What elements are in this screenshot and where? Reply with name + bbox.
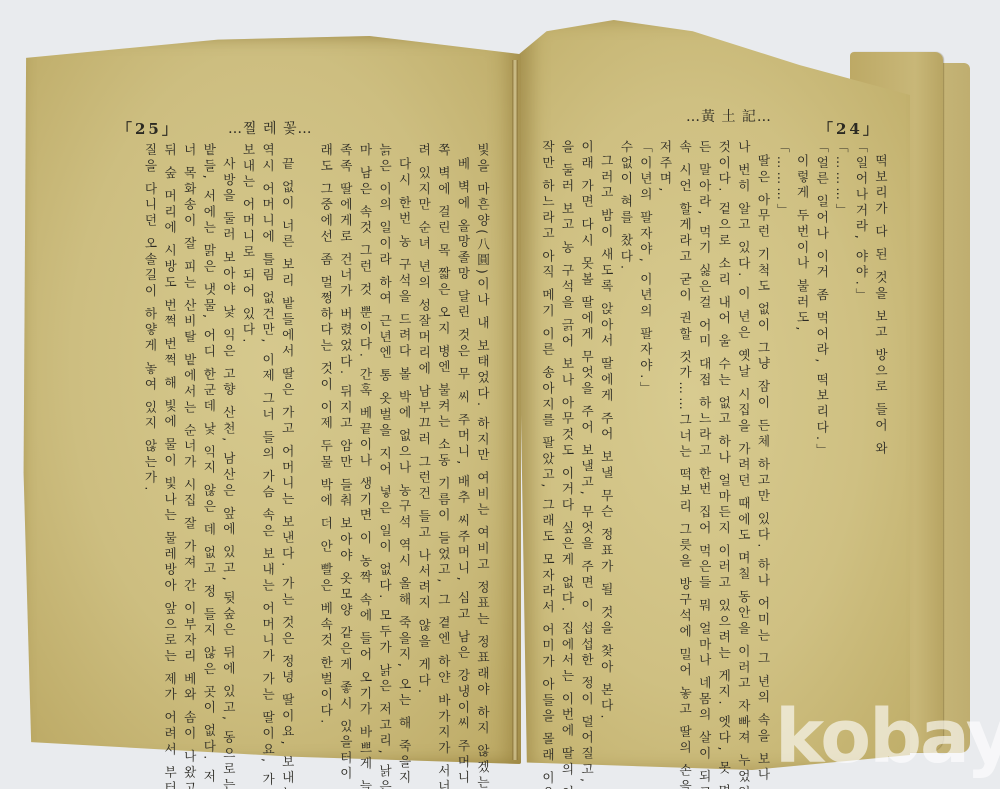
right-page-number: 「24」 [818,118,881,139]
text-column: 든 말아라, 먹기 싫은걸 어미 대접 하느라고 한번 집어 먹은들 뭐 얼마나… [694,140,714,740]
text-column: 「………」 [772,140,792,740]
text-column: 이렇게 두번이나 불러도, [792,140,812,740]
text-column: 역시 어머니에 틀림 없건만, 이제 그너 들의 가슴 속은 보내는 어머니가 … [257,143,277,743]
text-column: 을 둘러 보고 농 구석을 긁어 보나 아무것도 이거다 싶은게 없다. 집에서… [557,140,577,740]
text-column: 속 시언 할게라고 굳이 권할 것가……그너는 떡보리 그릇을 방구석에 밀어 … [674,140,694,740]
text-column: 빛을 마흔양(八圓)이나 내 보태었다. 하지만 여비는 여비고 정표는 정표래… [472,143,492,743]
text-column: 사방을 둘러 보아야 낯 익은 고향 산천, 남산은 앞에 있고, 뒷숲은 뒤에… [218,143,238,743]
text-column: 쪽 벽에 걸린 목 짧은 오지 병엔 불켜는 소동 기름이 들었고, 그 곁엔 … [433,143,453,743]
text-column: 밭들, 서에는 맑은 냇물, 어디 한군데 낯 익지 않은 데 없고 정 들지 … [199,143,219,743]
text-column: 너 목화송이 잘 피는 산비탈 밭에서는 순너가 시집 잘 가져 간 이부자리 … [179,143,199,743]
text-column: 늙은 이의 일이라 하여 근년엔 통 옷벌을 지어 넣은 일이 없다. 모두가 … [374,143,394,743]
text-column: 보내는 어머니로 되어 있다. [238,143,258,743]
text-column: 저주며, [655,140,675,740]
text-column: 뒤 숲 머리에 시방도 번쩍 번쩍 해 빛에 물이 빛나는 물레방아 앞으로는 … [160,143,180,743]
text-column: 수없이 혀를 찼다. [616,140,636,740]
text-column: 이래 가면 다시 못볼 딸에게 무엇을 주어 보낼고, 무엇을 주면 이 섭섭한… [577,140,597,740]
watermark-logo: kobay [775,700,1000,774]
text-column: 「일어나거라, 야야.」 [851,140,871,740]
text-column: 질을 다니던 오솔길이 하얗게 놓여 있지 않는가. [140,143,160,743]
text-column: 그러고 밤이 새도록 앉아서 딸에게 주어 보낼 무슨 정표가 될 것을 찾아 … [596,140,616,740]
text-column: 족족 딸에게로 건너가 버렸었다. 뒤지고 암만 들춰 보아야 옷모양 같은게 … [335,143,355,743]
text-column: 베 벽에 올망졸망 달린 것은 무 씨 주머니, 배추 씨주머니, 심고 남은 … [453,143,473,743]
left-page-text: 빛을 마흔양(八圓)이나 내 보태었다. 하지만 여비는 여비고 정표는 정표래… [140,143,492,743]
text-column: 나 번히 알고 있다. 이 년은 옛날 시집을 가려던 때에도 며칠 동안을 이… [733,140,753,740]
text-column: 딸은 아무런 기척도 없이 그냥 잠이 든체 하고만 있다. 하나 어미는 그 … [753,140,773,740]
text-column: 「이년의 팔자야, 이년의 팔자야.」 [635,140,655,740]
book-photo: 「25」 …찔 레 꽃… …黃 土 記… 「24」 빛을 마흔양(八圓)이나 내… [0,0,1000,789]
text-column: 작만 하느라고 아직 메기 이른 송아지를 팔았고, 그래도 모자라서 어미가 … [537,140,557,740]
book-gutter [512,60,518,760]
blank-column [297,143,316,743]
right-running-title: …黃 土 記… [686,106,772,126]
text-column: 마 남은 속것 그런 것 뿐이다. 간혹 베끝이나 생기면 이 농짝 속에 들어… [355,143,375,743]
text-column: 래도 그중에선 좀 멀쩡하다는 것이 이제 두물 박에 더 안 빨은 베속것 한… [316,143,336,743]
text-column: 다시 한번 농 구석을 드려다 볼 박에 없으나 농구석 역시 올해 죽을지, … [394,143,414,743]
text-column: 끝 없이 너른 보리 밭들에서 딸은 가고 어머니는 보낸다. 가는 것은 정녕… [277,143,297,743]
text-column: 「………」 [831,140,851,740]
left-running-title: …찔 레 꽃… [228,118,312,138]
text-column: 려 있지만 순녀 년의 성잘머리에 남부끄러 그런건 들고 나서려지 않을 게다… [414,143,434,743]
right-page-text: 떡보리가 다 된 것을 보고 방으로 들어 와 「일어나거라, 야야.」 「……… [537,140,890,740]
text-column: 「얼른 일어나 이거 좀 먹어라, 떡보리다.」 [812,140,832,740]
left-page-number: 「25」 [117,118,180,139]
text-column: 것이다. 겉으로 소리 내어 울 수는 없고 하나 얼마든지 이러고 있으려는 … [714,140,734,740]
text-column: 떡보리가 다 된 것을 보고 방으로 들어 와 [870,140,890,740]
